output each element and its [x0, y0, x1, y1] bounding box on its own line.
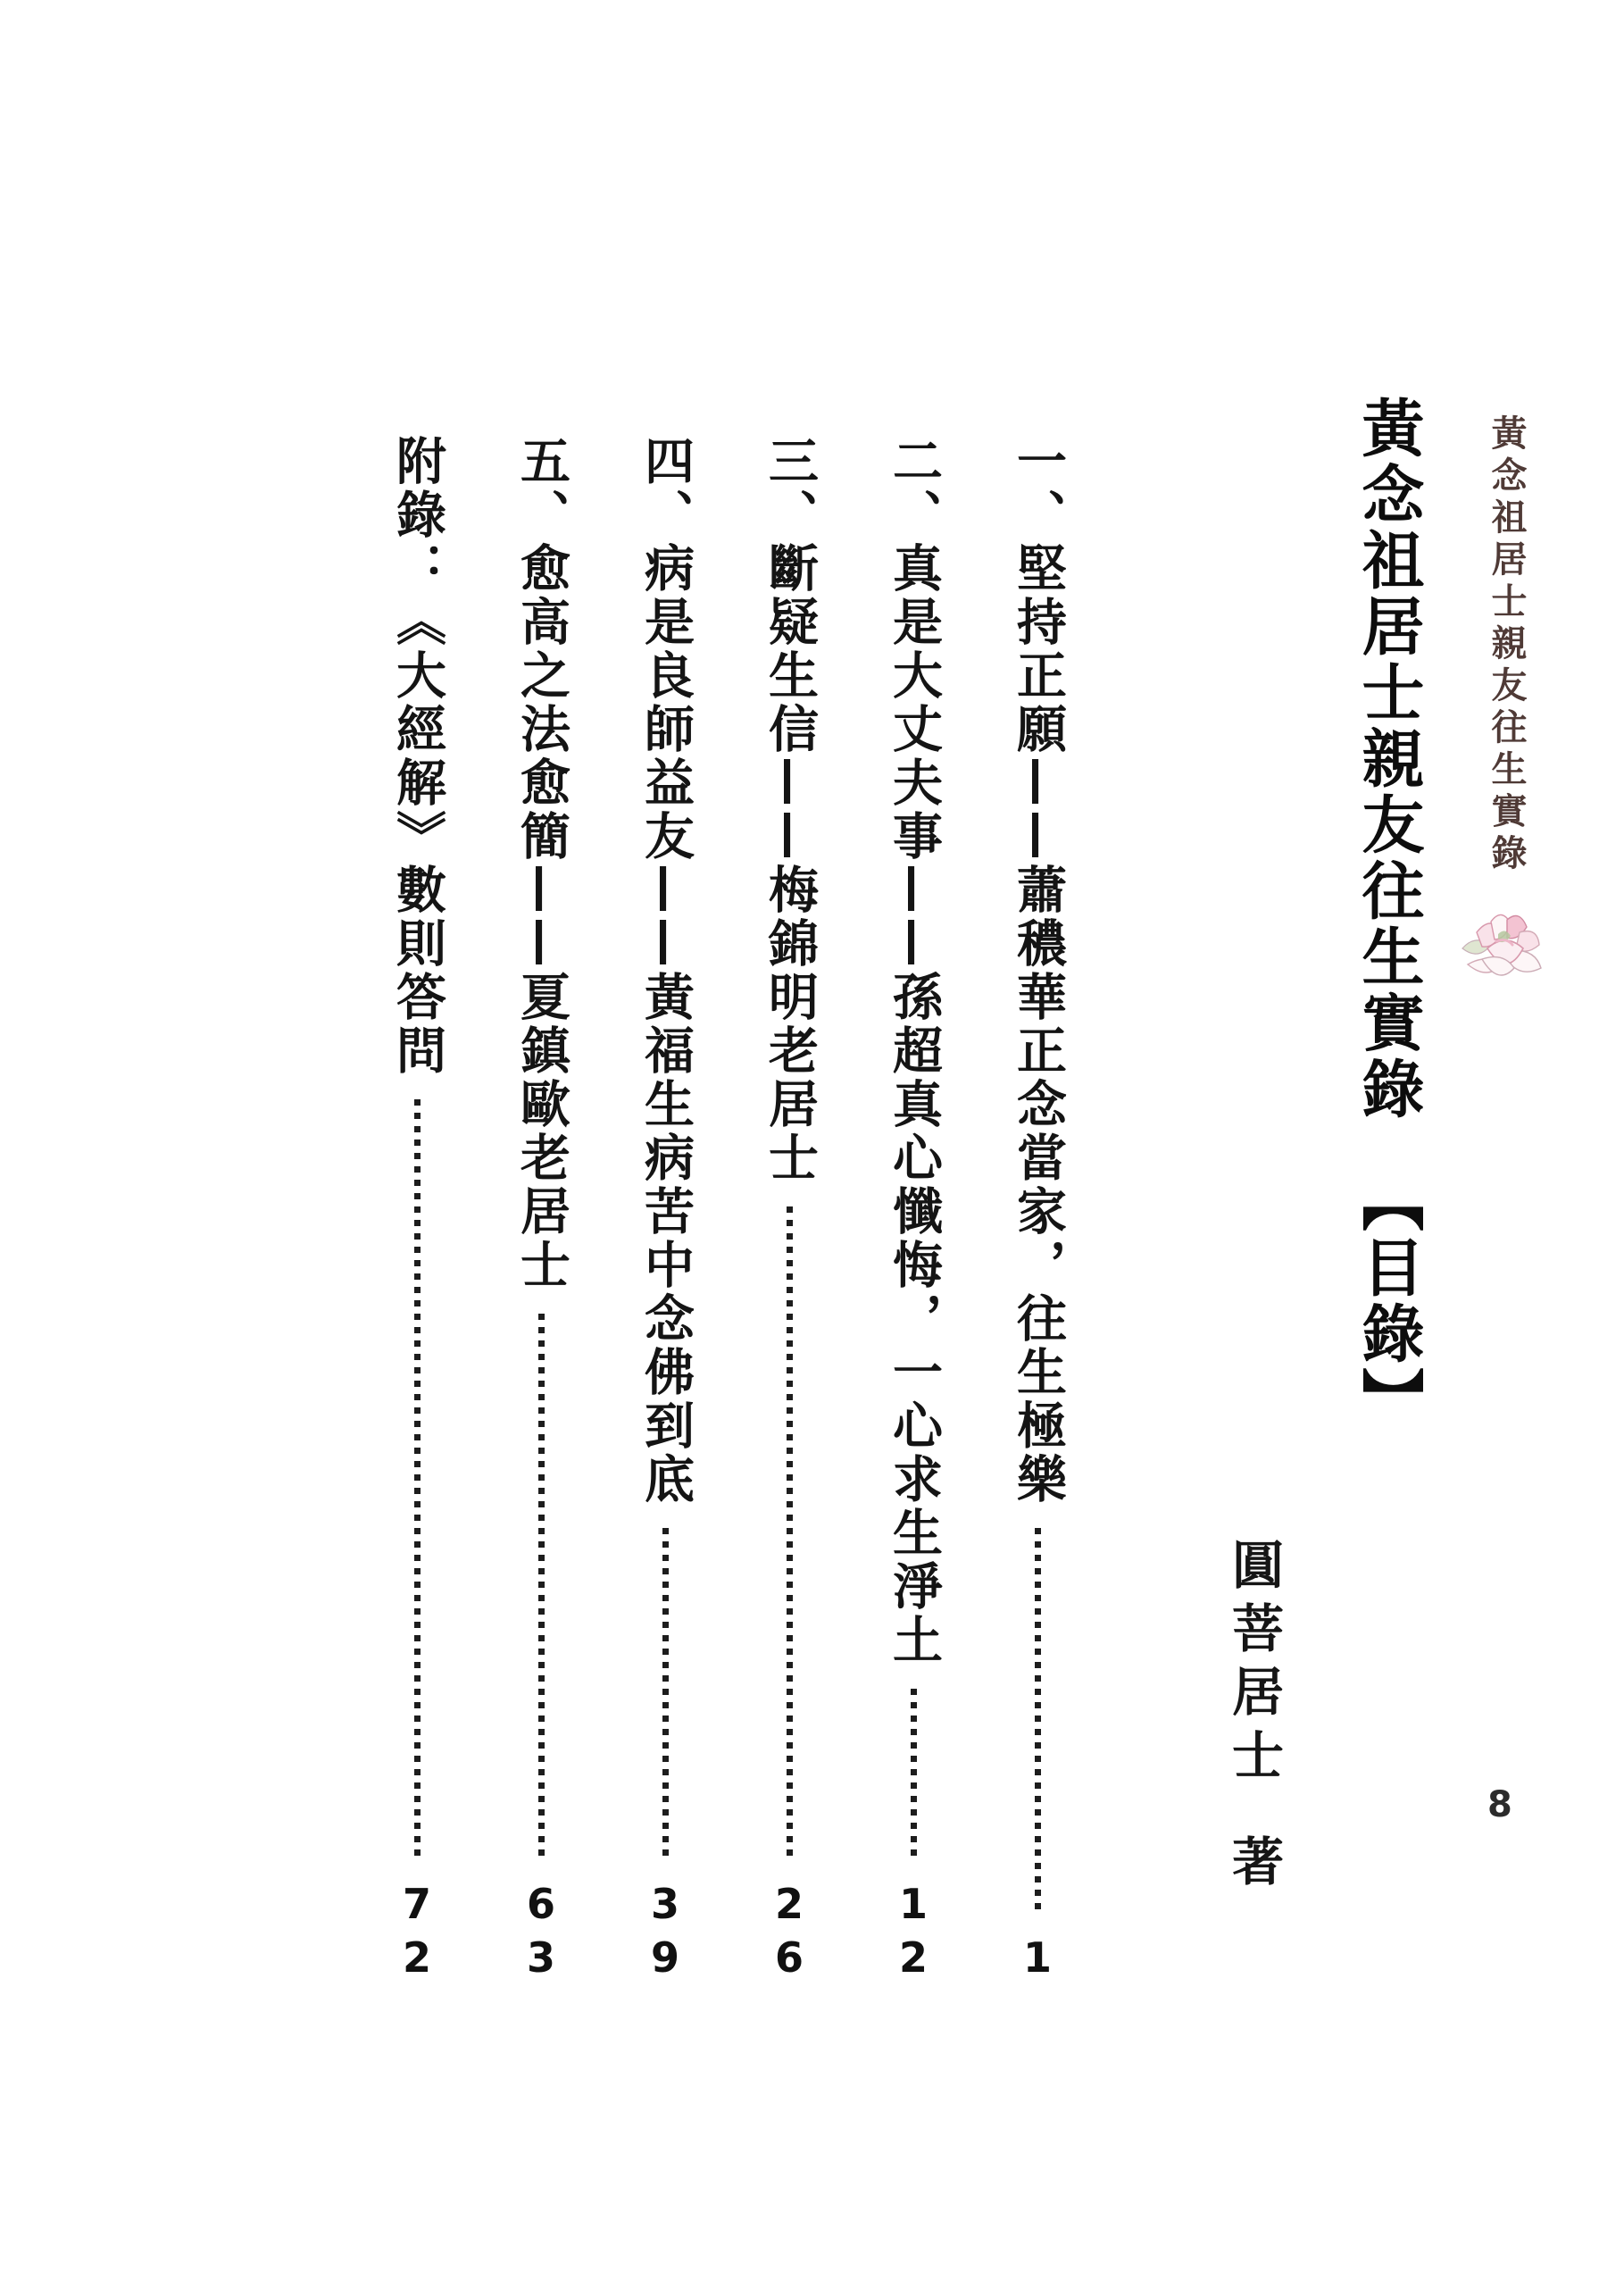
- toc-entry-5: 五、愈高之法愈簡——夏鎮歐老居士 63: [507, 435, 575, 1987]
- title-main: 黃念祖居士親友往生實錄: [1352, 396, 1425, 1123]
- dotted-leader: [787, 1206, 793, 1857]
- toc-entry-title: 附錄：《大經解》數則答問: [383, 435, 451, 1078]
- toc-entry-page: 63: [519, 1880, 563, 1987]
- page-title: 黃念祖居士親友往生實錄【目錄】: [1353, 396, 1423, 1433]
- toc-entry-page: 39: [643, 1880, 687, 1987]
- toc-entry-title: 二、真是大丈夫事——孫超真心懺悔，一心求生淨土: [879, 435, 947, 1667]
- dotted-leader: [1035, 1528, 1041, 1910]
- toc-entry-page: 1: [1015, 1933, 1060, 1987]
- dotted-leader: [414, 1099, 421, 1857]
- toc-entry-4: 四、病是良師益友——黃福生病苦中念佛到底 39: [631, 435, 699, 1987]
- toc-entry-3: 三、斷疑生信——梅錦明老居士 26: [755, 435, 823, 1987]
- toc-entry-2: 二、真是大丈夫事——孫超真心懺悔，一心求生淨土 12: [879, 435, 947, 1987]
- author-name: 圓菩居士: [1223, 1538, 1284, 1791]
- toc-entry-1: 一、堅持正願——蕭穠華正念當家，往生極樂 1: [1004, 435, 1071, 1987]
- lotus-icon: [1455, 902, 1557, 993]
- author: 圓菩居士著: [1225, 1538, 1282, 1898]
- toc-entry-page: 72: [395, 1880, 439, 1987]
- toc-entry-title: 一、堅持正願——蕭穠華正念當家，往生極樂: [1004, 435, 1071, 1507]
- toc-entry-6: 附錄：《大經解》數則答問 72: [383, 435, 451, 1987]
- toc-entry-title: 五、愈高之法愈簡——夏鎮歐老居士: [507, 435, 575, 1292]
- toc-entry-page: 12: [891, 1880, 936, 1987]
- toc-entry-page: 26: [767, 1880, 812, 1987]
- dotted-leader: [911, 1689, 917, 1857]
- toc-entry-title: 三、斷疑生信——梅錦明老居士: [755, 435, 823, 1185]
- page-number: 8: [1487, 1784, 1512, 1825]
- dotted-leader: [538, 1314, 545, 1857]
- author-role: 著: [1223, 1834, 1284, 1898]
- toc-entry-title: 四、病是良師益友——黃福生病苦中念佛到底: [631, 435, 699, 1507]
- dotted-leader: [662, 1528, 669, 1857]
- running-header: 黃念祖居士親友往生實錄: [1486, 414, 1527, 876]
- author-gap: [1253, 1791, 1254, 1834]
- book-page: 黃念祖居士親友往生實錄 黃念祖居士親友往生實錄【目錄】 圓菩居士著 一、堅持正願…: [0, 0, 1624, 2279]
- title-gap: [1388, 1123, 1389, 1169]
- title-section: 【目錄】: [1352, 1169, 1425, 1433]
